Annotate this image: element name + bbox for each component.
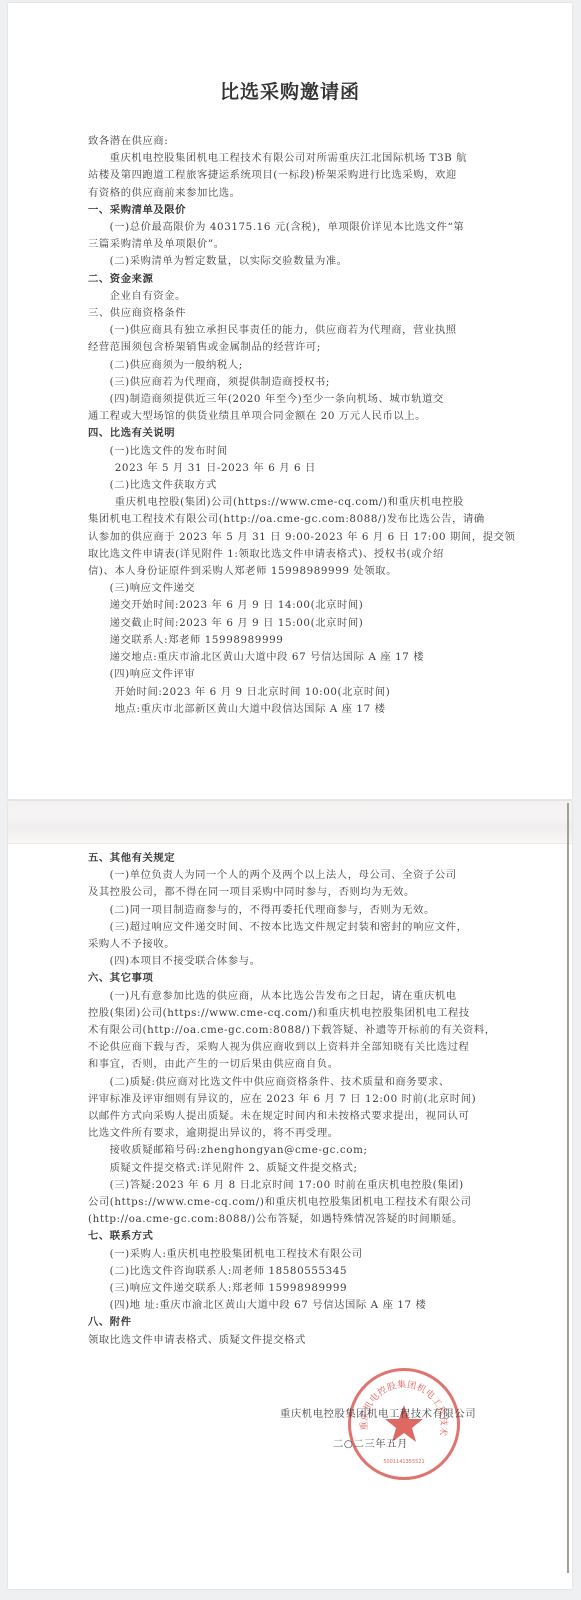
text-line: 接收质疑邮箱号码:zhenghongyan@cme-gc.com; bbox=[88, 1142, 493, 1159]
page-2-body: 五、其他有关规定(一)单位负责人为同一个人的两个及两个以上法人，母公司、全资子公… bbox=[88, 850, 493, 1349]
section-heading: 五、其他有关规定 bbox=[88, 850, 493, 867]
section-heading: 六、其它事项 bbox=[88, 970, 493, 987]
text-line: 地点:重庆市北部新区黄山大道中段信达国际 A 座 17 楼 bbox=[88, 701, 493, 718]
text-line: 通工程或大型场馆的供货业绩且单项合同金额在 20 万元人民币以上。 bbox=[88, 408, 493, 425]
text-line: (二)同一项目制造商参与的，不得再委托代理商参与，否则为无效。 bbox=[88, 902, 493, 919]
section-heading: 七、联系方式 bbox=[88, 1228, 493, 1245]
text-line: (一)凡有意参加比选的供应商，从本比选公告发布之日起，请在重庆机电 bbox=[88, 988, 493, 1005]
text-line: 企业自有资金。 bbox=[88, 288, 493, 305]
section-heading: 二、资金来源 bbox=[88, 271, 493, 288]
signature-company: 重庆机电控股集团机电工程技术有限公司 bbox=[280, 1405, 476, 1420]
document-title: 比选采购邀请函 bbox=[8, 77, 572, 104]
text-line: 递交地点:重庆市渝北区黄山大道中段 67 号信达国际 A 座 17 楼 bbox=[88, 649, 493, 666]
text-line: (四)制造商须提供近三年(2020 年至今)至少一条向机场、城市轨道交 bbox=[88, 391, 493, 408]
scan-header-strip bbox=[8, 801, 572, 844]
text-line: (三)供应商若为代理商，须提供制造商授权书; bbox=[88, 374, 493, 391]
text-line: 不论供应商下载与否，采购人视为供应商收到以上资料并全部知晓有关比选过程 bbox=[88, 1039, 493, 1056]
text-line: 及其控股公司，都不得在同一项目采购中同时参与，否则均为无效。 bbox=[88, 884, 493, 901]
text-line: 递交联系人:郑老师 15998989999 bbox=[88, 632, 493, 649]
text-line: 领取比选文件申请表格式、质疑文件提交格式 bbox=[88, 1332, 493, 1349]
text-line: 递交截止时间:2023 年 6 月 9 日 15:00(北京时间) bbox=[88, 615, 493, 632]
text-line: 重庆机电控股集团机电工程技术有限公司对所需重庆江北国际机场 T3B 航 bbox=[88, 150, 493, 167]
text-line: (二)比选文件咨询联系人:周老师 18580555345 bbox=[88, 1263, 493, 1280]
text-line: (三)超过响应文件递交时间、不按本比选文件规定封装和密封的响应文件， bbox=[88, 919, 493, 936]
signature-date: 二○二三年五月 bbox=[333, 1435, 408, 1450]
text-line: 比选文件所有要求，逾期提出异议的，将不再受理。 bbox=[88, 1125, 493, 1142]
text-line: 开始时间:2023 年 6 月 9 日北京时间 10:00(北京时间) bbox=[88, 684, 493, 701]
text-line: 三篇采购清单及单项限价”。 bbox=[88, 236, 493, 253]
text-line: (一)比选文件的发布时间 bbox=[88, 443, 493, 460]
text-line: 三、供应商资格条件 bbox=[88, 305, 493, 322]
text-line: (四)响应文件评审 bbox=[88, 666, 493, 683]
text-line: (三)响应文件递交 bbox=[88, 580, 493, 597]
section-heading: 八、附件 bbox=[88, 1314, 493, 1331]
text-line: 2023 年 5 月 31 日-2023 年 6 月 6 日 bbox=[88, 460, 493, 477]
text-line: (一)总价最高限价为 403175.16 元(含税)，单项限价详见本比选文件“第 bbox=[88, 219, 493, 236]
text-line: (一)单位负责人为同一个人的两个及两个以上法人，母公司、全资子公司 bbox=[88, 867, 493, 884]
text-line: 信)、本人身份证原件到采购人郑老师 15998989999 处领取。 bbox=[88, 563, 493, 580]
document-page-1: 比选采购邀请函 致各潜在供应商:重庆机电控股集团机电工程技术有限公司对所需重庆江… bbox=[8, 3, 572, 799]
text-line: 认参加的供应商于 2023 年 5 月 31 日 9:00-2023 年 6 月… bbox=[88, 529, 493, 546]
text-line: (三)响应文件递交联系人:郑老师 15998989999 bbox=[88, 1280, 493, 1297]
section-heading: 一、采购清单及限价 bbox=[88, 202, 493, 219]
seal-code: 5001141355521 bbox=[383, 1459, 424, 1465]
text-line: 术有限公司(http://oa.cme-gc.com:8088/)下载答疑、补遗… bbox=[88, 1022, 493, 1039]
text-line: 取比选文件申请表(详见附件 1:领取比选文件申请表格式)、授权书(或介绍 bbox=[88, 546, 493, 563]
text-line: 评审标准及评审细则有异议的，应在 2023 年 6 月 7 日 12:00 时前… bbox=[88, 1091, 493, 1108]
text-line: (三)答疑:2023 年 6 月 8 日北京时间 17:00 时前在重庆机电控股… bbox=[88, 1177, 493, 1194]
text-line: (一)采购人:重庆机电控股集团机电工程技术有限公司 bbox=[88, 1246, 493, 1263]
text-line: 集团机电工程技术有限公司(http://oa.cme-gc.com:8088/)… bbox=[88, 511, 493, 528]
text-line: (二)供应商须为一般纳税人; bbox=[88, 357, 493, 374]
page-1-body: 致各潜在供应商:重庆机电控股集团机电工程技术有限公司对所需重庆江北国际机场 T3… bbox=[88, 133, 493, 718]
text-line: 有资格的供应商前来参加比选。 bbox=[88, 185, 493, 202]
scan-page-edge bbox=[567, 803, 569, 1573]
text-line: (一)供应商具有独立承担民事责任的能力，供应商若为代理商，营业执照 bbox=[88, 322, 493, 339]
text-line: 控股(集团)公司(https://www.cme-cq.com/)和重庆机电控股… bbox=[88, 1005, 493, 1022]
section-heading: 四、比选有关说明 bbox=[88, 425, 493, 442]
text-line: 站楼及第四跑道工程旅客捷运系统项目(一标段)桥架采购进行比选采购，欢迎 bbox=[88, 167, 493, 184]
text-line: (http://oa.cme-gc.com:8088/)公布答疑，如遇特殊情况答… bbox=[88, 1211, 493, 1228]
text-line: 经营范围须包含桥架销售或金属制品的经营许可; bbox=[88, 339, 493, 356]
text-line: 以邮件方式向采购人提出质疑。未在规定时间内和未按格式要求提出，视同认可 bbox=[88, 1108, 493, 1125]
text-line: 质疑文件提交格式:详见附件 2、质疑文件提交格式; bbox=[88, 1160, 493, 1177]
text-line: 采购人不予接收。 bbox=[88, 936, 493, 953]
text-line: (四)地 址:重庆市渝北区黄山大道中段 67 号信达国际 A 座 17 楼 bbox=[88, 1297, 493, 1314]
company-seal-icon: 重庆机电控股集团机电工程技术有限公司 5001141355521 bbox=[348, 1368, 460, 1480]
text-line: 致各潜在供应商: bbox=[88, 133, 493, 150]
text-line: 和事宜，否则，由此产生的一切后果由供应商自负。 bbox=[88, 1056, 493, 1073]
text-line: (二)采购清单为暂定数量，以实际交验数量为准。 bbox=[88, 253, 493, 270]
text-line: 重庆机电控股(集团)公司(https://www.cme-cq.com/)和重庆… bbox=[88, 494, 493, 511]
text-line: (二)比选文件获取方式 bbox=[88, 477, 493, 494]
document-page-2: 五、其他有关规定(一)单位负责人为同一个人的两个及两个以上法人，母公司、全资子公… bbox=[8, 801, 572, 1589]
text-line: (四)本项目不接受联合体参与。 bbox=[88, 953, 493, 970]
text-line: 递交开始时间:2023 年 6 月 9 日 14:00(北京时间) bbox=[88, 597, 493, 614]
text-line: 公司(https://www.cme-cq.com/)和重庆机电控股集团机电工程… bbox=[88, 1194, 493, 1211]
text-line: (二)质疑:供应商对比选文件中供应商资格条件、技术质量和商务要求、 bbox=[88, 1074, 493, 1091]
